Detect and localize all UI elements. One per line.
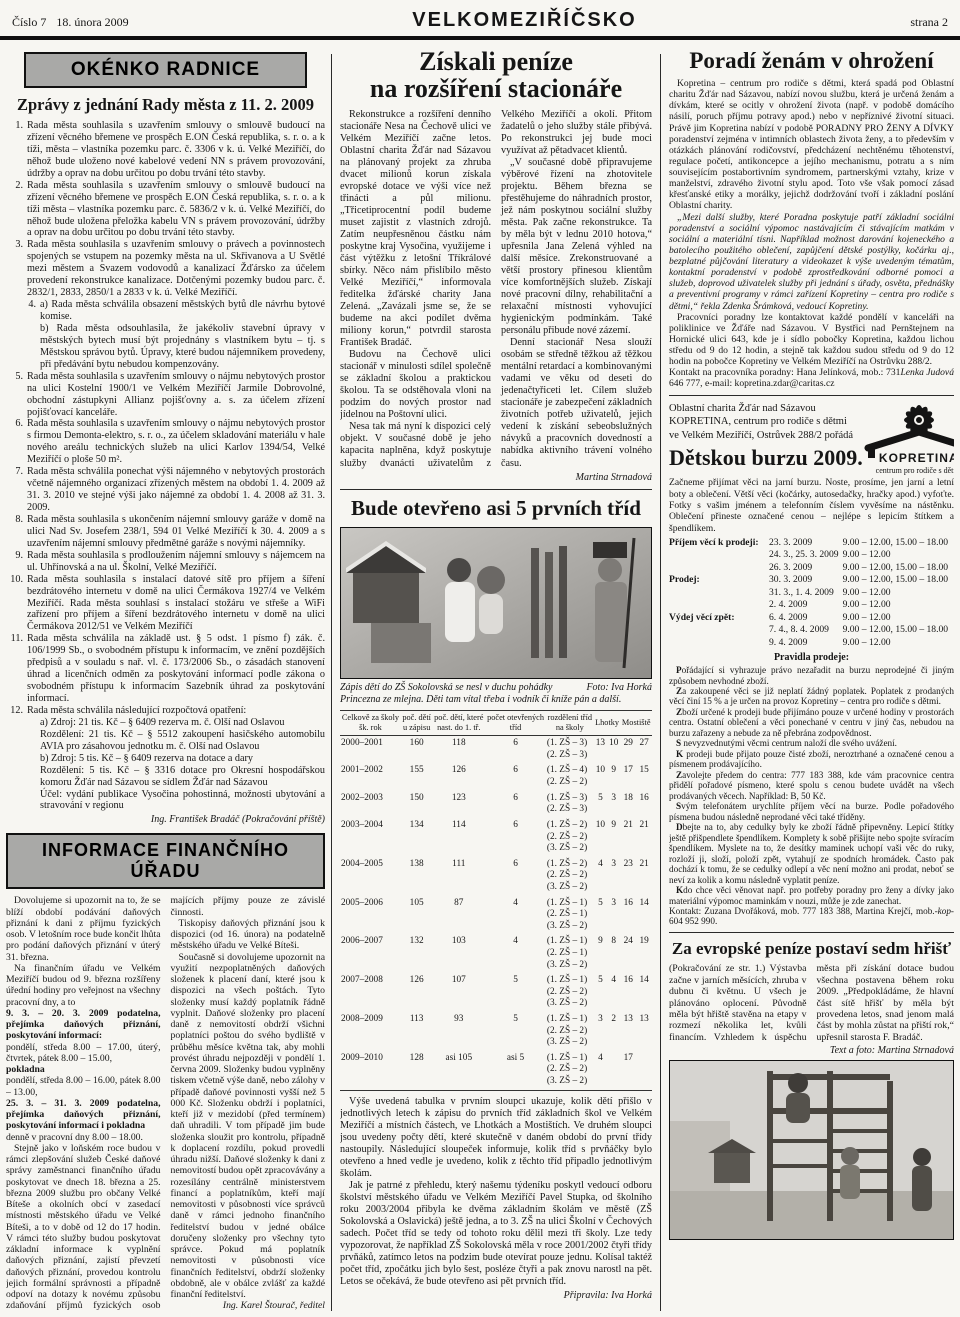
list-item-number: 6.: [6, 418, 27, 466]
issue-date: Číslo 718. února 2009: [12, 15, 139, 30]
paragraph: 25. 3. – 31. 3. 2009 podatelna, přejímka…: [6, 1098, 161, 1132]
table-cell: 9.00 – 12.00: [843, 549, 953, 561]
paragraph: pondělí, středa 8.00 – 16.00, pátek 8.00…: [6, 1075, 161, 1098]
table-header-cell: poč. dětí, které nast. do 1. tř.: [432, 710, 485, 736]
nesa-headline: Získali peníze na rozšíření stacionáře: [340, 48, 652, 103]
table-cell: 5: [594, 791, 607, 818]
table-cell: 4: [485, 896, 546, 935]
list-item-text: Rada města souhlasila s instalací datové…: [27, 574, 325, 634]
table-header-cell: Mostiště: [620, 710, 652, 736]
table-cell: 9.00 – 12.00: [843, 599, 953, 611]
table-cell: 7. 4., 8. 4. 2009: [769, 624, 843, 636]
table-cell: 2003–2004: [340, 818, 401, 857]
paragraph: Dovolujeme si upozornit na to, že se blí…: [6, 895, 161, 963]
list-item-number: [6, 323, 40, 371]
table-cell: [607, 1051, 620, 1090]
table-cell: 9.00 – 12.00, 15.00 – 18.00: [843, 624, 953, 636]
paragraph: „V současné době připravujeme výběrové ř…: [501, 157, 652, 337]
rada-headline: Zprávy z jednání Rady města z 11. 2. 200…: [6, 95, 325, 115]
table-cell: [669, 587, 769, 599]
table-cell: 5: [594, 896, 607, 935]
poradna-headline: Poradí ženám v ohrožení: [669, 48, 954, 74]
table-cell: 5: [485, 973, 546, 1012]
paragraph: KOPRETINA, centrum pro rodiče s dětmi: [669, 415, 863, 428]
paragraph: Jak je patrné z přehledu, který našemu t…: [340, 1180, 652, 1288]
table-cell: (1. ZŠ – 2) (2. ZŠ – 2) (3. ZŠ – 2): [546, 857, 594, 896]
table-cell: 2008–2009: [340, 1012, 401, 1051]
playground-photo: [669, 1060, 954, 1240]
table-cell: 2009–2010: [340, 1051, 401, 1090]
table-header-cell: rozdělení tříd na školy: [546, 710, 594, 736]
table-cell: 24. 3., 25. 3. 2009: [769, 549, 843, 561]
table-cell: 18: [620, 791, 636, 818]
table-cell: 6: [485, 791, 546, 818]
table-cell: 13: [620, 1012, 636, 1051]
burza-schedule: Příjem věcí k prodeji:23. 3. 20099.00 – …: [669, 537, 954, 649]
table-cell: 155: [401, 763, 432, 790]
list-item-number: 8.: [6, 514, 27, 550]
list-item: 11.Rada města schválila na základě ust. …: [6, 633, 325, 705]
paragraph: pokladna: [6, 1064, 161, 1075]
list-item-text: Rada města souhlasila s uzavřením smlouv…: [27, 239, 325, 299]
tridy-byline: Připravila: Iva Horká: [340, 1290, 652, 1301]
table-cell: 5: [485, 1012, 546, 1051]
table-cell: (1. ZŠ – 1) (2. ZŠ – 1) (3. ZŠ – 2): [546, 896, 594, 935]
paragraph: S nevyzvednutými věcmi centrum naloží dl…: [669, 738, 954, 748]
table-cell: asi 105: [432, 1051, 485, 1090]
table-cell: 9.00 – 12.00: [843, 637, 953, 649]
table-cell: 9: [607, 763, 620, 790]
table-cell: 3: [594, 1012, 607, 1051]
table-cell: 17: [620, 763, 636, 790]
table-cell: 134: [401, 818, 432, 857]
list-item-text: Rada města schválila ponechat výši nájem…: [27, 466, 325, 514]
list-item-text: Rada města schválila na základě ust. § 5…: [27, 633, 325, 705]
list-item-number: 5.: [6, 371, 27, 419]
table-cell: 4: [594, 1051, 607, 1090]
okenko-radnice-banner: OKÉNKO RADNICE: [24, 52, 307, 88]
table-cell: 27: [636, 736, 652, 764]
column-divider-right: [660, 54, 661, 1311]
list-item-text: b) Zdroj: 5 tis. Kč – § 6409 rezerva na …: [40, 753, 325, 813]
table-cell: 113: [401, 1012, 432, 1051]
list-item-text: Rada města souhlasila s prodloužením náj…: [27, 550, 325, 574]
table-header-cell: Celkově za školy šk. rok: [340, 710, 401, 736]
burza-sig: -kop-: [935, 906, 954, 916]
paragraph: Za zakoupené věci se již neplatí žádný p…: [669, 686, 954, 707]
burza-intro-lines: Oblastní charita Žďár nad SázavouKOPRETI…: [669, 402, 863, 441]
list-item-number: 11.: [6, 633, 27, 705]
paragraph: Zavolejte předem do centra: 777 183 388,…: [669, 770, 954, 801]
list-item: 4.a) Rada města schválila obsazení městs…: [6, 299, 325, 323]
table-row: Prodej:30. 3. 20099.00 – 12.00, 15.00 – …: [669, 574, 952, 586]
table: Celkově za školy šk. rokpoč. dětí u zápi…: [340, 710, 652, 1091]
table-header-cell: počet otevřených tříd: [485, 710, 546, 736]
enrollment-commentary: Výše uvedená tabulka v prvním sloupci uk…: [340, 1096, 652, 1289]
table-cell: 126: [432, 763, 485, 790]
table-cell: 9.00 – 12.00: [843, 612, 953, 624]
paragraph: denně v pracovní dny 8.00 – 18.00.: [6, 1132, 161, 1143]
table-cell: 17: [620, 1051, 636, 1090]
list-item-number: 9.: [6, 550, 27, 574]
paragraph: pondělí, středa 8.00 – 17.00, úterý, čtv…: [6, 1042, 161, 1065]
kopretina-logo-subtitle: centrum pro rodiče s dětmi: [863, 466, 954, 475]
table-cell: [636, 1051, 652, 1090]
table-cell: 8: [607, 934, 620, 973]
table-cell: 2006–2007: [340, 934, 401, 973]
table-header-cell: poč. dětí u zápisu: [401, 710, 432, 736]
table-cell: 9.00 – 12.00: [843, 587, 953, 599]
table-cell: 9.00 – 12.00, 15.00 – 18.00: [843, 562, 953, 574]
burza-contact-text: Kontakt: Zuzana Dvořáková, mob. 777 183 …: [669, 906, 935, 926]
list-item: 2.Rada města souhlasila s uzavřením smlo…: [6, 180, 325, 240]
right-section-rule-1: [669, 395, 954, 396]
list-item-text: Rada města souhlasila s ukončením nájemn…: [27, 514, 325, 550]
table-row: 2009–2010128asi 105asi 5(1. ZŠ – 1) (2. …: [340, 1051, 652, 1090]
table-cell: 118: [432, 736, 485, 764]
table-cell: Příjem věcí k prodeji:: [669, 537, 769, 549]
table-cell: 4: [607, 973, 620, 1012]
list-item-text: Rada města souhlasila s uzavřením smlouv…: [27, 120, 325, 180]
list-item: 10.Rada města souhlasila s instalací dat…: [6, 574, 325, 634]
table-cell: Výdej věcí zpět:: [669, 612, 769, 624]
paragraph: Oblastní charita Žďár nad Sázavou: [669, 402, 863, 415]
table-cell: [669, 549, 769, 561]
table-cell: 14: [636, 896, 652, 935]
table-cell: [669, 624, 769, 636]
list-item: 7.Rada města schválila ponechat výši náj…: [6, 466, 325, 514]
table-cell: (1. ZŠ – 1) (2. ZŠ – 2) (3. ZŠ – 2): [546, 1051, 594, 1090]
table-row: 9. 4. 20099.00 – 12.00: [669, 637, 952, 649]
table-cell: 2001–2002: [340, 763, 401, 790]
table-row: 2007–20081261075(1. ZŠ – 1) (2. ZŠ – 2) …: [340, 973, 652, 1012]
list-item: 9.Rada města souhlasila s prodloužením n…: [6, 550, 325, 574]
table-row: 31. 3., 1. 4. 20099.00 – 12.00: [669, 587, 952, 599]
paragraph: Výše uvedená tabulka v prvním sloupci uk…: [340, 1096, 652, 1180]
list-item-text: Rada města souhlasila s uzavřením smlouv…: [27, 418, 325, 466]
list-item-number: 12.: [6, 705, 27, 717]
table-cell: 31. 3., 1. 4. 2009: [769, 587, 843, 599]
table-cell: 14: [636, 973, 652, 1012]
table-row: 2005–2006105874(1. ZŠ – 1) (2. ZŠ – 1) (…: [340, 896, 652, 935]
table-cell: 15: [636, 763, 652, 790]
table-cell: 105: [401, 896, 432, 935]
list-item-number: 2.: [6, 180, 27, 240]
paragraph: Svým telefonátem urychlíte příjem věcí n…: [669, 801, 954, 822]
zapis-caption: Foto: Iva Horká Zápis dětí do ZŠ Sokolov…: [340, 682, 652, 706]
hriste-byline: Text a foto: Martina Strnadová: [669, 1045, 954, 1056]
table-cell: 6: [485, 736, 546, 764]
table-cell: 103: [432, 934, 485, 973]
list-item: 3.Rada města souhlasila s uzavřením smlo…: [6, 239, 325, 299]
list-item: 8.Rada města souhlasila s ukončením náje…: [6, 514, 325, 550]
table-cell: 2004–2005: [340, 857, 401, 896]
burza-rules-title: Pravidla prodeje:: [669, 652, 954, 663]
paragraph: Dbejte na to, aby cedulky byly ke zboží …: [669, 822, 954, 885]
table-row: 2000–20011601186(1. ZŠ – 3) (2. ZŠ – 3)1…: [340, 736, 652, 764]
list-item: b) Rada města odsouhlasila, že jakékoliv…: [6, 323, 325, 371]
tridy-headline: Bude otevřeno asi 5 prvních tříd: [340, 496, 652, 521]
table-cell: (1. ZŠ – 1) (2. ZŠ – 2) (3. ZŠ – 2): [546, 1012, 594, 1051]
poradna-body: Kopretina – centrum pro rodiče s dětmi, …: [669, 78, 954, 367]
masthead-title: VELKOMEZIŘÍČSKO: [412, 9, 636, 32]
paragraph: „Mezi další služby, které Poradna poskyt…: [669, 212, 954, 312]
burza-contact: -kop- Kontakt: Zuzana Dvořáková, mob. 77…: [669, 906, 954, 926]
table-cell: 19: [636, 934, 652, 973]
table-cell: 29: [620, 736, 636, 764]
paragraph: Na finančním úřadu ve Velkém Meziříčí bu…: [6, 963, 161, 1008]
table-cell: 16: [620, 973, 636, 1012]
list-item-number: [6, 717, 40, 753]
list-item-number: 4.: [6, 299, 40, 323]
nesa-byline: Martina Strnadová: [340, 472, 652, 483]
table-cell: 160: [401, 736, 432, 764]
table-cell: 6: [485, 818, 546, 857]
paragraph: Ing. Karel Štourač, ředitel: [171, 1300, 326, 1311]
list-item: 6.Rada města souhlasila s uzavřením smlo…: [6, 418, 325, 466]
table-cell: 138: [401, 857, 432, 896]
table-cell: 26. 3. 2009: [769, 562, 843, 574]
list-item: b) Zdroj: 5 tis. Kč – § 6409 rezerva na …: [6, 753, 325, 813]
table-cell: 150: [401, 791, 432, 818]
table-row: 2006–20071321034(1. ZŠ – 1) (2. ZŠ – 1) …: [340, 934, 652, 973]
table-cell: (1. ZŠ – 3) (2. ZŠ – 3): [546, 736, 594, 764]
list-item-number: 1.: [6, 120, 27, 180]
column-left: OKÉNKO RADNICE Zprávy z jednání Rady měs…: [6, 48, 325, 1313]
issue-date-text: 18. února 2009: [56, 15, 128, 29]
table-cell: 9.00 – 12.00, 15.00 – 18.00: [843, 574, 953, 586]
paragraph: Tiskopisy daňových přiznání jsou k dispo…: [171, 918, 326, 952]
table-cell: [669, 637, 769, 649]
column-middle: Získali peníze na rozšíření stacionáře R…: [340, 48, 652, 1313]
table-row: 2003–20041341146(1. ZŠ – 2) (2. ZŠ – 2) …: [340, 818, 652, 857]
issue-number: Číslo 7: [12, 15, 46, 29]
table-cell: 93: [432, 1012, 485, 1051]
paragraph: Budovu na Čechově ulici stacionář v minu…: [340, 349, 491, 421]
paragraph: Pořádající si vyhrazuje právo nezařadit …: [669, 665, 954, 686]
column-divider-left: [331, 54, 332, 1311]
table-cell: 10: [594, 818, 607, 857]
table-header-cell: Lhotky: [594, 710, 621, 736]
list-item-text: a) Rada města schválila obsazení městský…: [40, 299, 325, 323]
table-row: 2008–2009113935(1. ZŠ – 1) (2. ZŠ – 2) (…: [340, 1012, 652, 1051]
nesa-headline-line1: Získali peníze: [340, 48, 652, 75]
burza-headline: Dětskou burzu 2009.: [669, 444, 863, 472]
table-cell: 5: [594, 973, 607, 1012]
table-cell: 4: [594, 857, 607, 896]
zapis-photo: [340, 527, 652, 679]
kopretina-logo: KOPRETINA centrum pro rodiče s dětmi: [863, 402, 954, 475]
enrollment-table: Celkově za školy šk. rokpoč. dětí u zápi…: [340, 710, 652, 1091]
paragraph: Kopretina – centrum pro rodiče s dětmi, …: [669, 78, 954, 212]
table-cell: 6: [485, 857, 546, 896]
burza-intro: Oblastní charita Žďár nad SázavouKOPRETI…: [669, 402, 863, 473]
list-item-text: Rada města souhlasila s uzavřením smlouv…: [27, 180, 325, 240]
table-cell: 2. 4. 2009: [769, 599, 843, 611]
hriste-headline: Za evropské peníze postaví sedm hřišť: [669, 939, 954, 959]
list-item-number: [6, 753, 40, 813]
list-item: 1.Rada města souhlasila s uzavřením smlo…: [6, 120, 325, 180]
table-cell: 107: [432, 973, 485, 1012]
table-cell: 30. 3. 2009: [769, 574, 843, 586]
paragraph: Denní stacionář Nesa slouží osobám se st…: [501, 337, 652, 469]
zapis-caption-text: Zápis dětí do ZŠ Sokolovská se nesl v du…: [340, 682, 621, 705]
rada-list: 1.Rada města souhlasila s uzavřením smlo…: [6, 120, 325, 812]
table-cell: 126: [401, 973, 432, 1012]
table-cell: 10: [594, 763, 607, 790]
burza-rules: Pořádající si vyhrazuje právo nezařadit …: [669, 665, 954, 906]
table-row: 24. 3., 25. 3. 20099.00 – 12.00: [669, 549, 952, 561]
table-cell: 87: [432, 896, 485, 935]
table-row: 2004–20051381116(1. ZŠ – 2) (2. ZŠ – 2) …: [340, 857, 652, 896]
poradna-contact: Lenka Judová Kontakt na pracovníka porad…: [669, 367, 954, 389]
paragraph: Rekonstrukce a rozšíření denního stacion…: [340, 109, 491, 350]
table-row: 2002–20031501236(1. ZŠ – 3) (2. ZŠ – 3)5…: [340, 791, 652, 818]
table-cell: 132: [401, 934, 432, 973]
table-cell: 2000–2001: [340, 736, 401, 764]
right-section-rule-2: [669, 932, 954, 933]
zapis-photo-credit: Foto: Iva Horká: [586, 682, 652, 694]
rada-byline: Ing. František Bradáč (Pokračování příšt…: [6, 814, 325, 825]
list-item-number: 10.: [6, 574, 27, 634]
page-number: strana 2: [910, 15, 948, 30]
newspaper-page: Číslo 718. února 2009 VELKOMEZIŘÍČSKO st…: [0, 0, 960, 1317]
table-cell: (1. ZŠ – 4) (2. ZŠ – 2): [546, 763, 594, 790]
table-cell: 21: [636, 818, 652, 857]
header-rule: [0, 36, 960, 40]
column-right: Poradí ženám v ohrožení Kopretina – cent…: [669, 48, 954, 1313]
table-row: Výdej věcí zpět:6. 4. 20099.00 – 12.00: [669, 612, 952, 624]
paragraph: Současně si dovolujeme upozornit na využ…: [171, 952, 326, 1301]
table-cell: 9: [607, 818, 620, 857]
table-cell: 16: [636, 791, 652, 818]
table-header-row: Celkově za školy šk. rokpoč. dětí u zápi…: [340, 710, 652, 736]
list-item: 5.Rada města souhlasila s uzavřením smlo…: [6, 371, 325, 419]
table-row: 7. 4., 8. 4. 20099.00 – 12.00, 15.00 – 1…: [669, 624, 952, 636]
table-cell: 21: [620, 818, 636, 857]
hriste-body: (Pokračování ze str. 1.) Výstavba začne …: [669, 963, 954, 1043]
table-cell: 128: [401, 1051, 432, 1090]
table-cell: 9.00 – 12.00, 15.00 – 18.00: [843, 537, 953, 549]
table-cell: 123: [432, 791, 485, 818]
nesa-headline-line2: na rozšíření stacionáře: [340, 75, 652, 102]
table-row: 26. 3. 20099.00 – 12.00, 15.00 – 18.00: [669, 562, 952, 574]
paragraph: Pracovníci poradny lze kontaktovat každé…: [669, 312, 954, 368]
table-cell: [669, 599, 769, 611]
list-item: a) Zdroj: 21 tis. Kč – § 6409 rezerva m.…: [6, 717, 325, 753]
middle-section-rule: [340, 489, 652, 490]
table-row: Příjem věcí k prodeji:23. 3. 20099.00 – …: [669, 537, 952, 549]
paragraph: Zboží určené k prodeji bude přijímáno po…: [669, 707, 954, 738]
page-header: Číslo 718. února 2009 VELKOMEZIŘÍČSKO st…: [0, 0, 960, 35]
paragraph: 9. 3. – 20. 3. 2009 podatelna, přejímka …: [6, 1008, 161, 1042]
table-cell: 9: [594, 934, 607, 973]
table-cell: 13: [636, 1012, 652, 1051]
paragraph: Kdo chce věci věnovat např. pro potřeby …: [669, 885, 954, 906]
table-cell: 24: [620, 934, 636, 973]
table-cell: (1. ZŠ – 2) (2. ZŠ – 2) (3. ZŠ – 2): [546, 818, 594, 857]
table-cell: 6: [485, 763, 546, 790]
table-row: 2. 4. 20099.00 – 12.00: [669, 599, 952, 611]
table-cell: 23: [620, 857, 636, 896]
list-item-text: b) Rada města odsouhlasila, že jakékoliv…: [40, 323, 325, 371]
table-cell: 3: [607, 857, 620, 896]
table-cell: 2005–2006: [340, 896, 401, 935]
table-row: 2001–20021551266(1. ZŠ – 4) (2. ZŠ – 2)1…: [340, 763, 652, 790]
burza-header: Oblastní charita Žďár nad SázavouKOPRETI…: [669, 402, 954, 475]
list-item-text: Rada města souhlasila s uzavřením smlouv…: [27, 371, 325, 419]
table-cell: (1. ZŠ – 1) (2. ZŠ – 2) (3. ZŠ – 2): [546, 973, 594, 1012]
table-cell: 9. 4. 2009: [769, 637, 843, 649]
table-cell: [669, 562, 769, 574]
fin-urad-text: Dovolujeme si upozornit na to, že se blí…: [6, 895, 325, 1313]
table-cell: 3: [607, 791, 620, 818]
fin-urad-banner: INFORMACE FINANČNÍHO ÚŘADU: [6, 833, 325, 889]
table-cell: 2002–2003: [340, 791, 401, 818]
paragraph: ve Velkém Meziříčí, Ostrůvek 288/2 pořád…: [669, 429, 863, 442]
list-item-text: a) Zdroj: 21 tis. Kč – § 6409 rezerva m.…: [40, 717, 325, 753]
list-item: 12.Rada města schválila následující rozp…: [6, 705, 325, 717]
table-cell: 13: [594, 736, 607, 764]
table-cell: 23. 3. 2009: [769, 537, 843, 549]
table-cell: 2007–2008: [340, 973, 401, 1012]
list-item-number: 7.: [6, 466, 27, 514]
table-cell: 2: [607, 1012, 620, 1051]
paragraph: K prodeji bude přijato pouze čisté zboží…: [669, 749, 954, 770]
table-cell: 21: [636, 857, 652, 896]
table-cell: asi 5: [485, 1051, 546, 1090]
table-cell: (1. ZŠ – 1) (2. ZŠ – 1) (3. ZŠ – 2): [546, 934, 594, 973]
table-cell: 16: [620, 896, 636, 935]
poradna-byline: Lenka Judová: [900, 367, 954, 378]
nesa-body: Rekonstrukce a rozšíření denního stacion…: [340, 109, 652, 470]
table-cell: 4: [485, 934, 546, 973]
list-item-text: Rada města schválila následující rozpočt…: [27, 705, 325, 717]
table: Příjem věcí k prodeji:23. 3. 20099.00 – …: [669, 537, 952, 649]
table-cell: Prodej:: [669, 574, 769, 586]
table-cell: 10: [607, 736, 620, 764]
poradna-contact-text: Kontakt na pracovníka poradny: Hana Jelí…: [669, 367, 900, 389]
table-cell: 111: [432, 857, 485, 896]
table-cell: 114: [432, 818, 485, 857]
burza-lead: Začneme přijímat věci na jarní burzu. No…: [669, 477, 954, 534]
paragraph: (Pokračování ze str. 1.) Výstavba začne …: [669, 963, 954, 1043]
table-cell: (1. ZŠ – 3) (2. ZŠ – 3): [546, 791, 594, 818]
table-cell: 6. 4. 2009: [769, 612, 843, 624]
list-item-number: 3.: [6, 239, 27, 299]
table-cell: 3: [607, 896, 620, 935]
